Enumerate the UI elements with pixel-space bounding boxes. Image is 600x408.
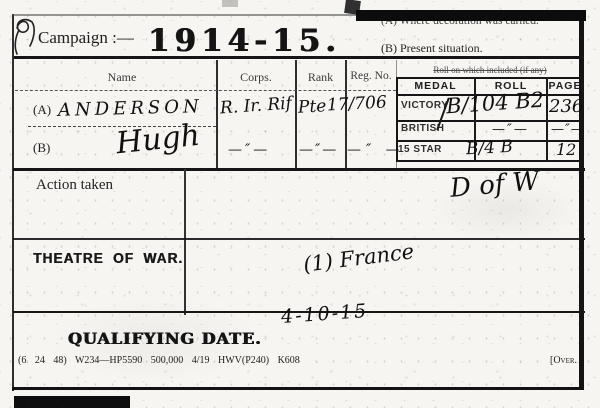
row-b-rank-ditto: —″— [299, 142, 338, 158]
theatre-of-war-label: THEATRE OF WAR. [33, 250, 183, 267]
medal-row-victory-page: 236 [549, 96, 583, 117]
row-a-surname: ANDERSON [58, 96, 203, 121]
campaign-label: Campaign :— [38, 28, 134, 48]
action-taken-value: D of W [449, 166, 541, 204]
medal-index-card: Campaign :— 1914-15. (A) Where decoratio… [0, 0, 600, 408]
qualifying-date-label: QUALIFYING DATE. [68, 329, 262, 348]
medal-row-star-label: 15 STAR [398, 144, 442, 155]
lower-section-divider [184, 169, 186, 315]
scan-artifact-top-1 [222, 0, 238, 7]
medal-col-header-medal: MEDAL [398, 80, 473, 92]
card-border-bottom [12, 387, 584, 390]
column-header-corps: Corps. [217, 70, 295, 85]
medal-row-star-page: 12 [556, 140, 576, 159]
card-border-left [12, 14, 14, 391]
action-taken-label: Action taken [36, 177, 113, 194]
qualifying-date-value: 4-10-15 [280, 300, 369, 328]
printer-code: (6 24 48) W234—HP5590 500,000 4/19 HWV(P… [18, 355, 300, 366]
note-present-situation: (B) Present situation. [381, 41, 483, 56]
medal-row-star-roll: B/4 B [466, 137, 514, 159]
medal-row-british-page-ditto: —″— [551, 122, 585, 137]
theatre-of-war-value: (1) France [302, 239, 415, 276]
row-a-rank: Pte [297, 96, 326, 117]
row-b-forename: Hugh [114, 118, 201, 162]
column-header-regno: Reg. No. [346, 70, 396, 82]
column-header-rank: Rank [296, 70, 345, 85]
scan-black-bar-top-right [356, 10, 586, 21]
over-note: [Over. [550, 355, 577, 366]
scan-blob-bottom-left [14, 396, 130, 408]
column-header-name: Name [30, 70, 214, 85]
row-a-regno: 17/706 [327, 92, 388, 115]
rule-below-action-taken [13, 238, 585, 240]
medal-row-british-roll-ditto: —″— [492, 122, 529, 137]
row-a-corps: R. Ir. Rif [219, 94, 292, 119]
row-b-prefix: (B) [33, 140, 50, 156]
medal-col-header-page: PAGE [548, 80, 582, 92]
row-b-corps-ditto: —″— [228, 142, 270, 158]
campaign-underline [14, 56, 584, 59]
card-border-top [12, 14, 360, 16]
row-a-prefix: (A) [33, 102, 51, 118]
medal-table-caption: Roll on which included (if any) [399, 65, 581, 75]
medal-row-victory-label: VICTORY [401, 100, 448, 111]
header-underline [15, 90, 396, 91]
campaign-value: 1914-15. [148, 23, 341, 59]
